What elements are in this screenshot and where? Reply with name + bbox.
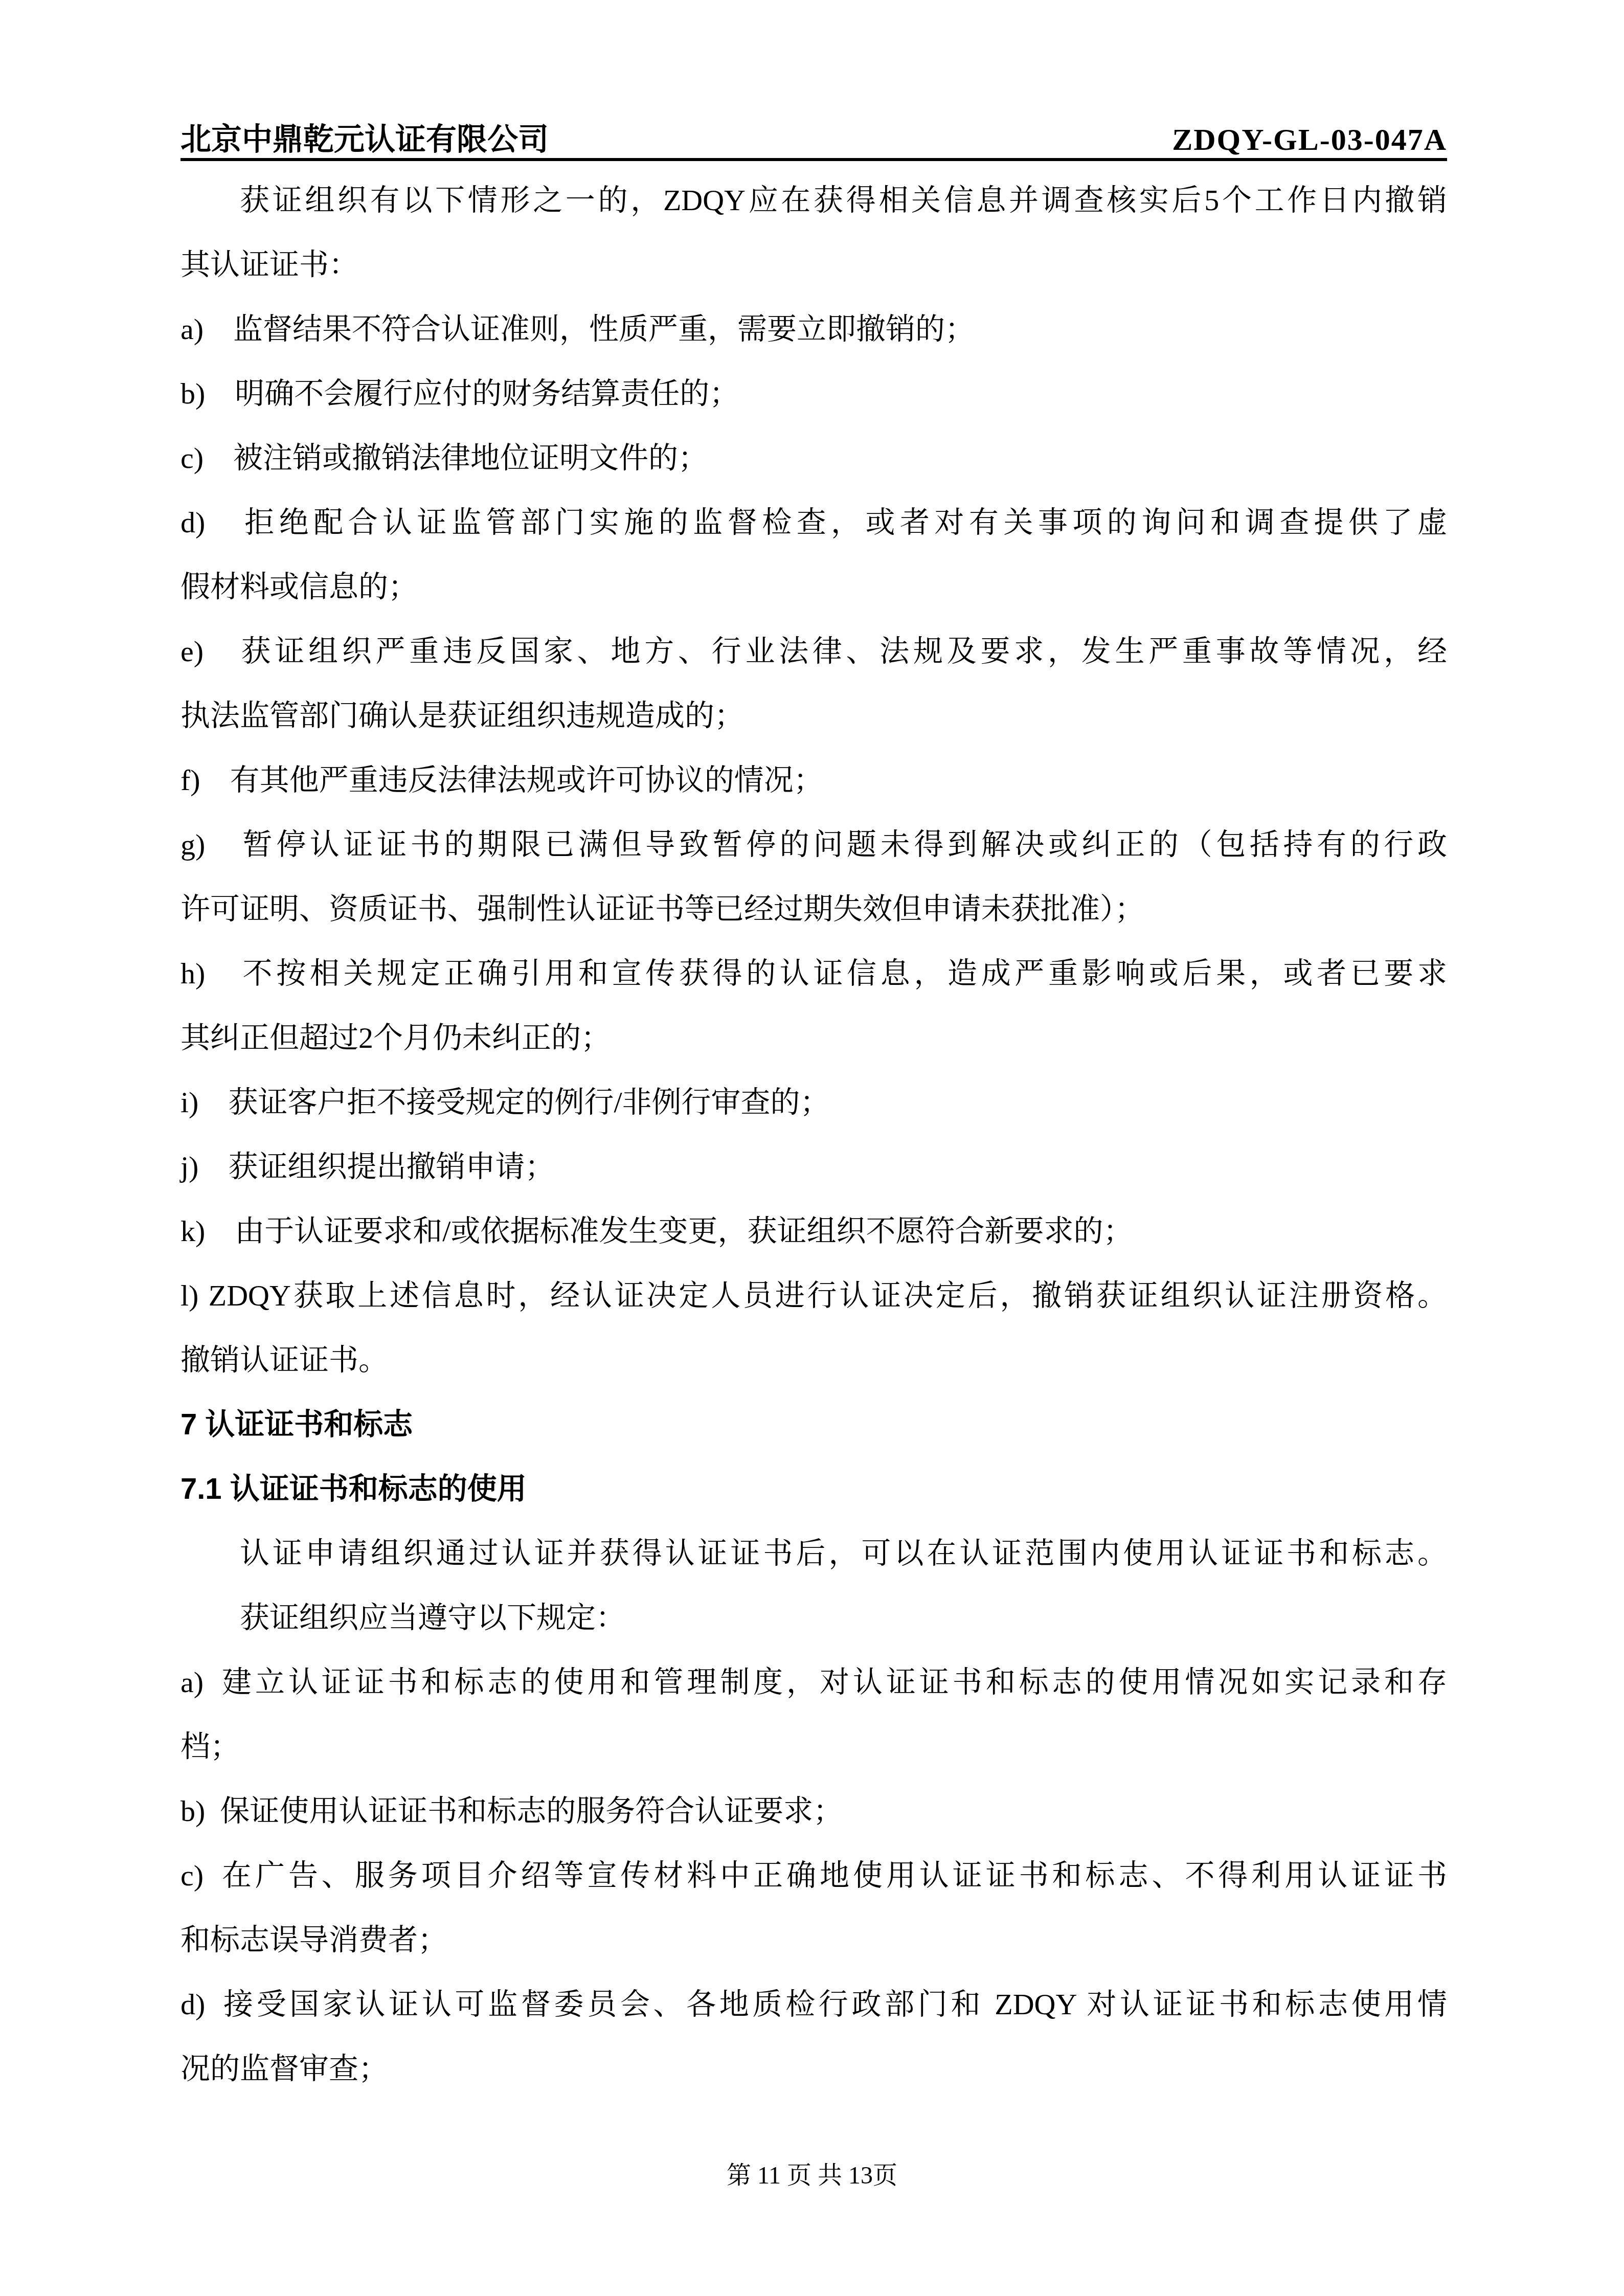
text-line: k) 由于认证要求和/或依据标准发生变更，获证组织不愿符合新要求的； (181, 1199, 1447, 1264)
text-line: c) 被注销或撤销法律地位证明文件的； (181, 426, 1447, 490)
company-name: 北京中鼎乾元认证有限公司 (181, 121, 549, 158)
document-body: 获证组织有以下情形之一的，ZDQY应在获得相关信息并调查核实后5个工作日内撤销其… (181, 168, 1447, 2101)
text-line: 执法监管部门确认是获证组织违规造成的； (181, 684, 1447, 748)
text-line: 档； (181, 1715, 1447, 1779)
text-line: 假材料或信息的； (181, 555, 1447, 619)
text-line: a) 监督结果不符合认证准则，性质严重，需要立即撤销的； (181, 297, 1447, 362)
text-line: c) 在广告、服务项目介绍等宣传材料中正确地使用认证证书和标志、不得利用认证证书 (181, 1843, 1447, 1908)
text-line: 认证申请组织通过认证并获得认证证书后，可以在认证范围内使用认证证书和标志。 (181, 1521, 1447, 1586)
text-line: b) 保证使用认证证书和标志的服务符合认证要求； (181, 1779, 1447, 1843)
text-line: h) 不按相关规定正确引用和宣传获得的认证信息，造成严重影响或后果，或者已要求 (181, 941, 1447, 1006)
text-line: a) 建立认证证书和标志的使用和管理制度，对认证证书和标志的使用情况如实记录和存 (181, 1650, 1447, 1715)
text-line: 其纠正但超过2个月仍未纠正的； (181, 1006, 1447, 1070)
text-line: d) 拒绝配合认证监管部门实施的监督检查，或者对有关事项的询问和调查提供了虚 (181, 490, 1447, 555)
text-line: i) 获证客户拒不接受规定的例行/非例行审查的； (181, 1070, 1447, 1135)
text-line: l) ZDQY获取上述信息时，经认证决定人员进行认证决定后，撤销获证组织认证注册… (181, 1264, 1447, 1328)
text-line: j) 获证组织提出撤销申请； (181, 1135, 1447, 1199)
text-line: 其认证证书： (181, 233, 1447, 297)
text-line: 许可证明、资质证书、强制性认证证书等已经过期失效但申请未获批准）； (181, 877, 1447, 941)
text-line: 撤销认证证书。 (181, 1328, 1447, 1392)
text-line: 和标志误导消费者； (181, 1908, 1447, 1972)
text-line: b) 明确不会履行应付的财务结算责任的； (181, 362, 1447, 426)
section-heading: 7 认证证书和标志 (181, 1392, 1447, 1457)
document-page: 北京中鼎乾元认证有限公司 ZDQY-GL-03-047A 获证组织有以下情形之一… (0, 0, 1624, 2296)
section-heading: 7.1 认证证书和标志的使用 (181, 1457, 1447, 1521)
text-line: 况的监督审查； (181, 2037, 1447, 2101)
page-footer: 第 11 页 共 13页 (0, 2160, 1624, 2191)
text-line: d) 接受国家认证认可监督委员会、各地质检行政部门和 ZDQY 对认证证书和标志… (181, 1972, 1447, 2037)
header-row: 北京中鼎乾元认证有限公司 ZDQY-GL-03-047A (181, 121, 1447, 161)
text-line: e) 获证组织严重违反国家、地方、行业法律、法规及要求，发生严重事故等情况，经 (181, 619, 1447, 684)
document-number: ZDQY-GL-03-047A (1172, 121, 1447, 158)
text-line: 获证组织应当遵守以下规定： (181, 1586, 1447, 1650)
text-line: 获证组织有以下情形之一的，ZDQY应在获得相关信息并调查核实后5个工作日内撤销 (181, 168, 1447, 233)
page-header: 北京中鼎乾元认证有限公司 ZDQY-GL-03-047A (181, 0, 1447, 161)
text-line: g) 暂停认证证书的期限已满但导致暂停的问题未得到解决或纠正的（包括持有的行政 (181, 813, 1447, 877)
text-line: f) 有其他严重违反法律法规或许可协议的情况； (181, 748, 1447, 813)
